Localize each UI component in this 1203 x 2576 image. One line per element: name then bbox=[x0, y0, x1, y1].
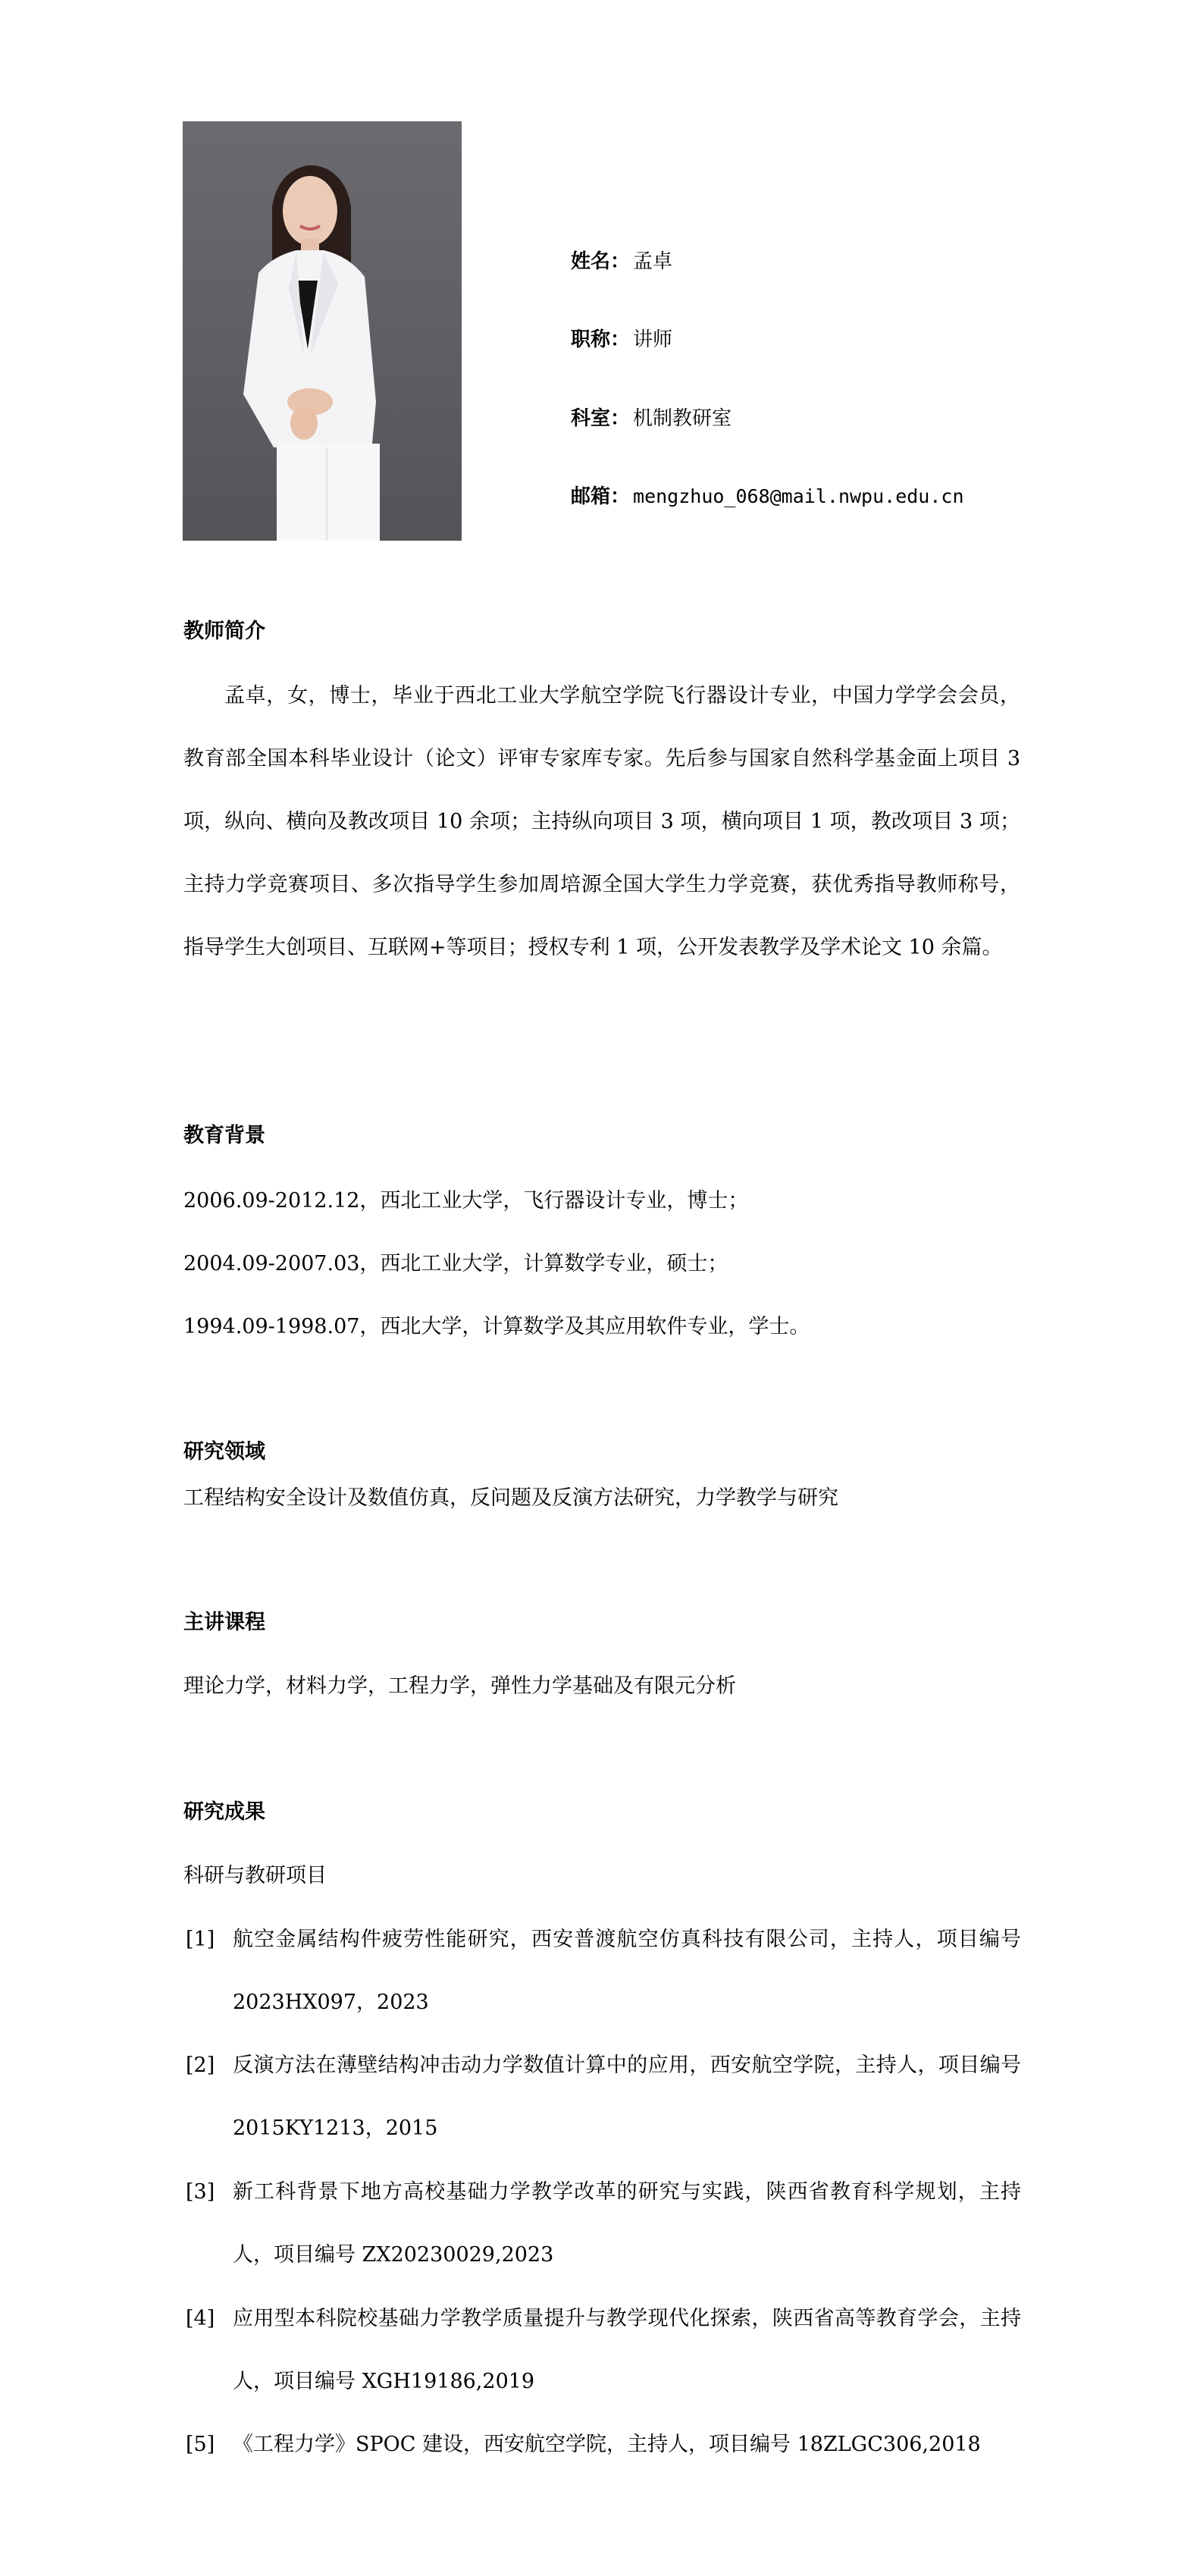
title-label: 职称： bbox=[571, 328, 630, 351]
profile-email: 邮箱：mengzhuo_068@mail.nwpu.edu.cn bbox=[571, 484, 964, 510]
education-item: 2006.09-2012.12，西北工业大学，飞行器设计专业，博士； bbox=[183, 1169, 1020, 1232]
teacher-photo bbox=[183, 121, 462, 541]
name-value: 孟卓 bbox=[633, 250, 672, 273]
courses-text: 理论力学，材料力学，工程力学，弹性力学基础及有限元分析 bbox=[183, 1655, 1020, 1718]
research-area-text: 工程结构安全设计及数值仿真，反问题及反演方法研究，力学教学与研究 bbox=[183, 1467, 1020, 1530]
email-value[interactable]: mengzhuo_068@mail.nwpu.edu.cn bbox=[633, 485, 964, 507]
achievements-subheading: 科研与教研项目 bbox=[183, 1844, 1020, 1907]
courses-heading: 主讲课程 bbox=[183, 1610, 265, 1636]
project-text: 反演方法在薄壁结构冲击动力学数值计算中的应用，西安航空学院，主持人，项目编号 2… bbox=[233, 2034, 1021, 2160]
project-number: [1] bbox=[186, 1908, 215, 1971]
project-number: [2] bbox=[186, 2034, 215, 2097]
intro-heading: 教师简介 bbox=[183, 619, 265, 645]
project-text: 航空金属结构件疲劳性能研究，西安普渡航空仿真科技有限公司，主持人，项目编号 20… bbox=[233, 1908, 1021, 2034]
portrait-image bbox=[183, 121, 462, 541]
department-value: 机制教研室 bbox=[633, 407, 732, 430]
education-item: 1994.09-1998.07，西北大学，计算数学及其应用软件专业，学士。 bbox=[183, 1295, 1020, 1358]
email-label: 邮箱： bbox=[571, 485, 630, 508]
project-number: [4] bbox=[186, 2287, 215, 2350]
department-label: 科室： bbox=[571, 407, 630, 430]
name-label: 姓名： bbox=[571, 250, 630, 273]
education-item: 2004.09-2007.03，西北工业大学，计算数学专业，硕士； bbox=[183, 1232, 1020, 1295]
project-number: [5] bbox=[186, 2413, 215, 2476]
title-value: 讲师 bbox=[633, 328, 672, 351]
project-text: 新工科背景下地方高校基础力学教学改革的研究与实践，陕西省教育科学规划，主持人，项… bbox=[233, 2160, 1021, 2286]
profile-department: 科室：机制教研室 bbox=[571, 406, 732, 431]
project-text: 《工程力学》SPOC 建设，西安航空学院，主持人，项目编号 18ZLGC306,… bbox=[233, 2413, 1021, 2476]
project-item: [4] 应用型本科院校基础力学教学质量提升与教学现代化探索，陕西省高等教育学会，… bbox=[186, 2287, 1021, 2413]
project-item: [5] 《工程力学》SPOC 建设，西安航空学院，主持人，项目编号 18ZLGC… bbox=[186, 2413, 1021, 2476]
intro-paragraph: 孟卓，女，博士，毕业于西北工业大学航空学院飞行器设计专业，中国力学学会会员，教育… bbox=[183, 664, 1020, 979]
achievements-heading: 研究成果 bbox=[183, 1799, 265, 1825]
project-item: [3] 新工科背景下地方高校基础力学教学改革的研究与实践，陕西省教育科学规划，主… bbox=[186, 2160, 1021, 2286]
profile-name: 姓名：孟卓 bbox=[571, 249, 672, 275]
project-number: [3] bbox=[186, 2160, 215, 2223]
research-area-heading: 研究领域 bbox=[183, 1439, 265, 1465]
project-item: [1] 航空金属结构件疲劳性能研究，西安普渡航空仿真科技有限公司，主持人，项目编… bbox=[186, 1908, 1021, 2034]
profile-title: 职称：讲师 bbox=[571, 327, 672, 353]
education-heading: 教育背景 bbox=[183, 1123, 265, 1149]
project-text: 应用型本科院校基础力学教学质量提升与教学现代化探索，陕西省高等教育学会，主持人，… bbox=[233, 2287, 1021, 2413]
intro-section: 孟卓，女，博士，毕业于西北工业大学航空学院飞行器设计专业，中国力学学会会员，教育… bbox=[183, 664, 1020, 979]
project-item: [2] 反演方法在薄壁结构冲击动力学数值计算中的应用，西安航空学院，主持人，项目… bbox=[186, 2034, 1021, 2160]
education-list: 2006.09-2012.12，西北工业大学，飞行器设计专业，博士； 2004.… bbox=[183, 1169, 1020, 1358]
